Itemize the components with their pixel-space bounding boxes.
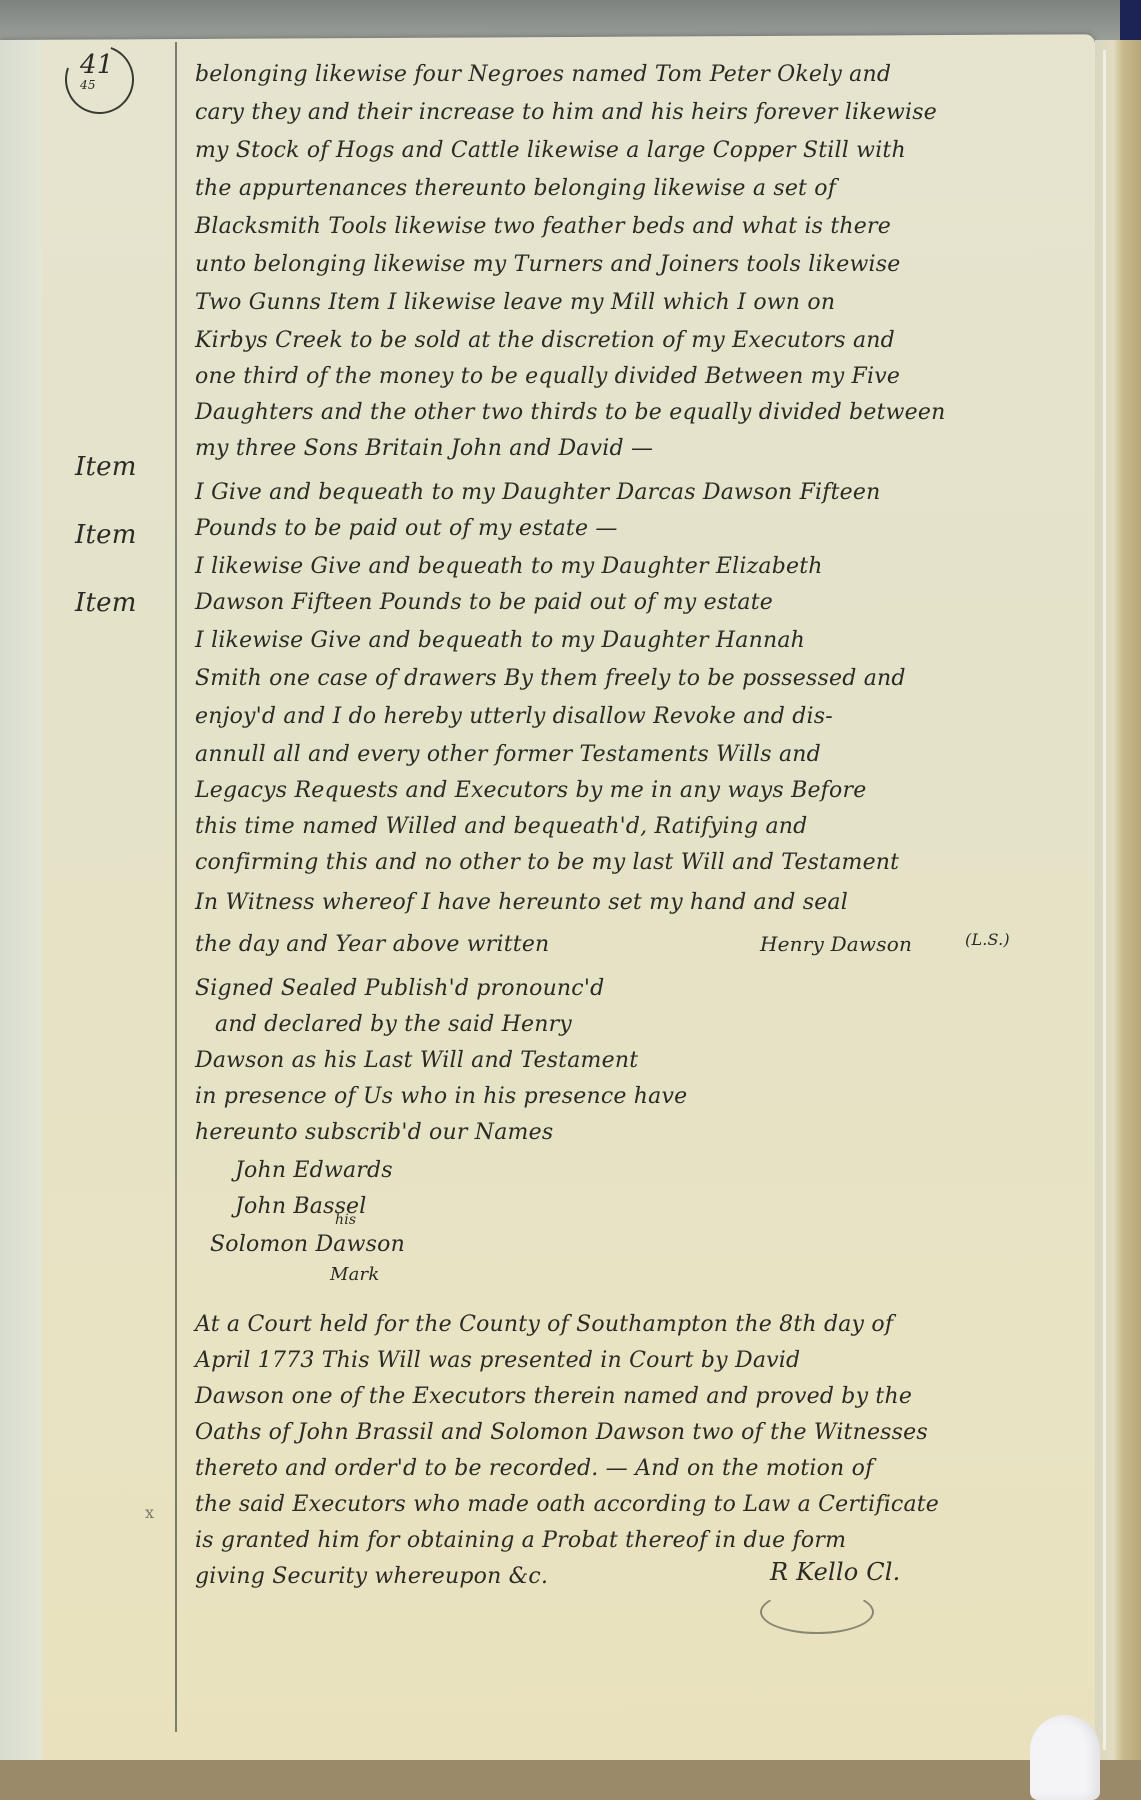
binding-gutter <box>0 40 42 1760</box>
body-line: Pounds to be paid out of my estate — <box>195 516 618 541</box>
body-line: my Stock of Hogs and Cattle likewise a l… <box>195 138 906 163</box>
probate-line: Oaths of John Brassil and Solomon Dawson… <box>195 1420 928 1445</box>
probate-line: is granted him for obtaining a Probat th… <box>195 1528 846 1553</box>
body-line: In Witness whereof I have hereunto set m… <box>195 890 848 915</box>
testator-signature: Henry Dawson <box>760 932 912 956</box>
body-line: the day and Year above written <box>195 932 549 957</box>
body-line: unto belonging likewise my Turners and J… <box>195 252 900 277</box>
attestation-line: hereunto subscrib'd our Names <box>195 1120 553 1145</box>
margin-item-label: Item <box>75 452 137 482</box>
body-line: cary they and their increase to him and … <box>195 100 937 125</box>
body-line: Dawson Fifteen Pounds to be paid out of … <box>195 590 773 615</box>
body-line: I likewise Give and bequeath to my Daugh… <box>195 554 823 579</box>
body-line: my three Sons Britain John and David — <box>195 436 653 461</box>
body-line: this time named Willed and bequeath'd, R… <box>195 814 807 839</box>
gloved-finger <box>1030 1715 1100 1800</box>
probate-line: Dawson one of the Executors therein name… <box>195 1384 912 1409</box>
probate-line: thereto and order'd to be recorded. — An… <box>195 1456 873 1481</box>
body-line: Smith one case of drawers By them freely… <box>195 666 906 691</box>
body-line: annull all and every other former Testam… <box>195 742 821 767</box>
seal-mark: (L.S.) <box>965 930 1010 949</box>
body-line: enjoy'd and I do hereby utterly disallow… <box>195 704 833 729</box>
probate-line: giving Security whereupon &c. <box>195 1564 548 1589</box>
body-line: Two Gunns Item I likewise leave my Mill … <box>195 290 835 315</box>
clerk-signature: R Kello Cl. <box>770 1558 901 1586</box>
margin-item-label: Item <box>75 588 137 618</box>
margin-rule-line <box>175 42 177 1732</box>
probate-line: April 1773 This Will was presented in Co… <box>195 1348 800 1373</box>
bookmark-ribbon <box>1120 0 1141 40</box>
witness-name: Solomon Dawson <box>210 1232 405 1257</box>
body-line: belonging likewise four Negroes named To… <box>195 62 891 87</box>
signature-flourish <box>760 1590 874 1634</box>
body-line: Legacys Requests and Executors by me in … <box>195 778 866 803</box>
probate-line: At a Court held for the County of Southa… <box>195 1312 893 1337</box>
body-line: Daughters and the other two thirds to be… <box>195 400 945 425</box>
page-edge-highlight <box>1103 50 1106 1750</box>
body-line: one third of the money to be equally div… <box>195 364 900 389</box>
body-line: the appurtenances thereunto belonging li… <box>195 176 836 201</box>
attestation-line: Dawson as his Last Will and Testament <box>195 1048 638 1073</box>
body-line: I Give and bequeath to my Daughter Darca… <box>195 480 880 505</box>
witness-name: John Edwards <box>235 1158 393 1183</box>
body-line: Kirbys Creek to be sold at the discretio… <box>195 328 895 353</box>
body-line: Blacksmith Tools likewise two feather be… <box>195 214 891 239</box>
body-line: I likewise Give and bequeath to my Daugh… <box>195 628 805 653</box>
body-line: confirming this and no other to be my la… <box>195 850 899 875</box>
page-stack-edge <box>1095 40 1141 1760</box>
witness-mark-his: his <box>335 1212 356 1228</box>
witness-mark-label: Mark <box>330 1264 379 1285</box>
folio-sub-number: 45 <box>80 78 96 92</box>
probate-line: the said Executors who made oath accordi… <box>195 1492 939 1517</box>
attestation-line: in presence of Us who in his presence ha… <box>195 1084 687 1109</box>
folio-number: 41 <box>80 50 113 80</box>
margin-x-mark: x <box>145 1503 154 1522</box>
margin-item-label: Item <box>75 520 137 550</box>
scan-background-bottom <box>0 1760 1141 1800</box>
attestation-line: and declared by the said Henry <box>215 1012 572 1037</box>
attestation-line: Signed Sealed Publish'd pronounc'd <box>195 976 604 1001</box>
